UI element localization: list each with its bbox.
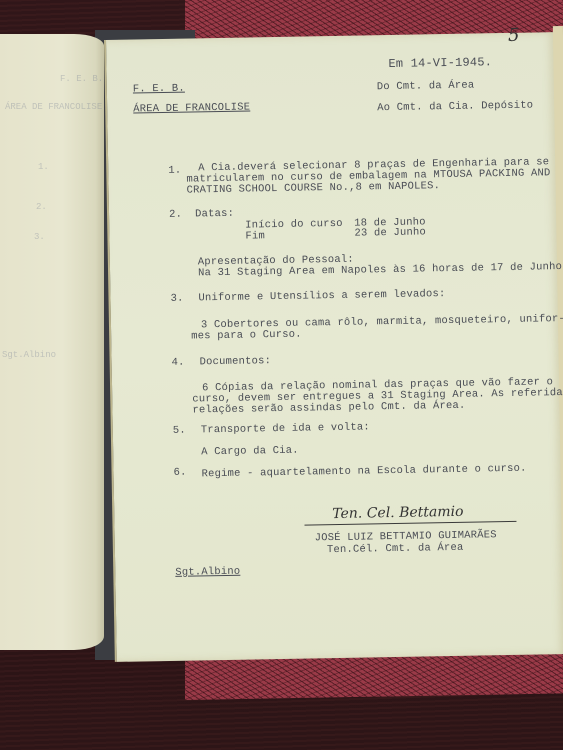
handwritten-page-number: 5 <box>508 25 520 46</box>
item-title: Uniforme e Utensílios a serem levados: <box>198 288 445 304</box>
item-number: 6. <box>173 467 186 479</box>
left-page: F. E. B. ÁREA DE FRANCOLISE 1. 2. 3. Sgt… <box>0 34 104 650</box>
date-value: 23 de Junho <box>354 226 426 239</box>
ghost-text: Sgt.Albino <box>2 350 56 360</box>
document-page: 5 Em 14-VI-1945. F. E. B. ÁREA DE FRANCO… <box>104 32 563 662</box>
item-number: 5. <box>173 425 186 437</box>
header-area: ÁREA DE FRANCOLISE <box>133 101 250 115</box>
handwritten-signature: Ten. Cel. Bettamio <box>332 504 463 522</box>
item-title: Documentos: <box>200 355 272 368</box>
page-edge <box>553 26 563 656</box>
item-number: 4. <box>172 357 185 369</box>
document-date: Em 14-VI-1945. <box>388 55 492 71</box>
header-to: Ao Cmt. da Cia. Depósito <box>377 100 533 115</box>
date-label: Fim <box>245 230 265 242</box>
item-number: 1. <box>168 165 181 177</box>
header-from: Do Cmt. da Área <box>377 80 475 94</box>
item-title: Transporte de ida e volta: <box>201 421 370 436</box>
ghost-text: ÁREA DE FRANCOLISE <box>5 102 102 112</box>
item-text: Regime - aquartelamento na Escola durant… <box>201 463 526 481</box>
item-number: 2. <box>169 209 182 221</box>
ghost-text: F. E. B. <box>60 74 103 84</box>
header-org: F. E. B. <box>133 83 185 96</box>
ghost-text: 2. <box>36 202 47 212</box>
signatory-title: Ten.Cél. Cmt. da Área <box>327 542 464 556</box>
item-text: A Cargo da Cia. <box>201 445 299 459</box>
item-title: Datas: <box>195 208 234 221</box>
typist-initials: Sgt.Albino <box>175 566 240 579</box>
item-text: mes para o Curso. <box>191 329 302 343</box>
item-number: 3. <box>170 293 183 305</box>
ghost-text: 3. <box>34 232 45 242</box>
ghost-text: 1. <box>38 162 49 172</box>
